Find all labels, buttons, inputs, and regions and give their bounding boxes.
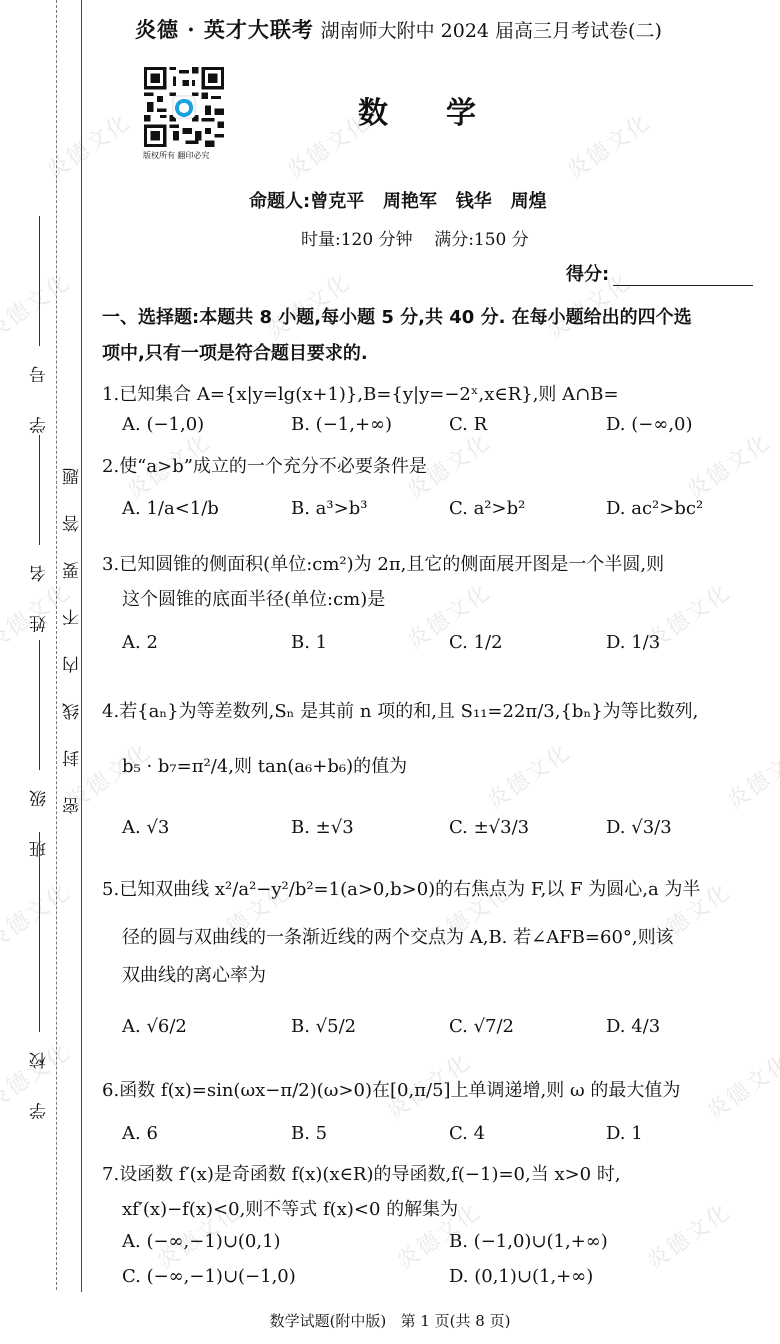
option-b[interactable]: B. (−1,+∞) xyxy=(291,414,392,435)
question-text-cont: xf′(x)−f(x)<0,则不等式 f(x)<0 的解集为 xyxy=(122,1195,458,1221)
question-stem: 6.函数 f(x)=sin(ωx−π/2)(ω>0)在[0,π/5]上单调递增,… xyxy=(102,1076,680,1102)
question-number: 5. xyxy=(102,879,119,900)
option-d[interactable]: D. 4/3 xyxy=(606,1016,660,1037)
copyright-caption: 版权所有 翻印必究 xyxy=(143,150,210,161)
qr-code-icon xyxy=(144,67,224,147)
option-d[interactable]: D. (−∞,0) xyxy=(606,414,693,435)
name-field[interactable]: 姓 名 xyxy=(26,435,52,638)
option-c[interactable]: C. √7/2 xyxy=(449,1016,514,1037)
question-stem: 3.已知圆锥的侧面积(单位:cm²)为 2π,且它的侧面展开图是一个半圆,则 xyxy=(102,550,664,576)
exam-series-title: 炎德 · 英才大联考 湖南师大附中 2024 届高三月考试卷(二) xyxy=(135,14,662,44)
option-c[interactable]: C. 1/2 xyxy=(449,632,503,653)
subject-title: 数学 xyxy=(358,88,534,132)
question-text: 设函数 f′(x)是奇函数 f(x)(x∈R)的导函数,f(−1)=0,当 x>… xyxy=(119,1164,620,1185)
option-a[interactable]: A. 2 xyxy=(122,632,158,653)
watermark: 炎德文化 xyxy=(40,105,136,185)
option-c[interactable]: C. 4 xyxy=(449,1123,485,1144)
option-a[interactable]: A. (−1,0) xyxy=(122,414,204,435)
exam-meta: 时量:120 分钟 满分:150 分 xyxy=(301,225,529,250)
question-number: 7. xyxy=(102,1164,119,1185)
option-d[interactable]: D. √3/3 xyxy=(606,817,672,838)
name-blank[interactable] xyxy=(39,435,40,545)
question-text: 若{aₙ}为等差数列,Sₙ 是其前 n 项的和,且 S₁₁=22π/3,{bₙ}… xyxy=(119,701,698,722)
option-a[interactable]: A. √6/2 xyxy=(122,1016,187,1037)
option-b[interactable]: B. √5/2 xyxy=(291,1016,356,1037)
question-text-cont: b₅ · b₇=π²/4,则 tan(a₆+b₆)的值为 xyxy=(122,752,407,778)
question-number: 6. xyxy=(102,1080,119,1101)
option-b[interactable]: B. ±√3 xyxy=(291,817,354,838)
watermark: 炎德文化 xyxy=(700,1045,780,1125)
question-number: 1. xyxy=(102,384,119,405)
option-d[interactable]: D. 1/3 xyxy=(606,632,660,653)
school-label: 学 校 xyxy=(27,1032,52,1125)
option-d[interactable]: D. 1 xyxy=(606,1123,643,1144)
question-text-cont: 径的圆与双曲线的一条渐近线的两个交点为 A,B. 若∠AFB=60°,则该 xyxy=(122,923,674,949)
option-b[interactable]: B. 1 xyxy=(291,632,327,653)
exam-name: 湖南师大附中 2024 届高三月考试卷(二) xyxy=(321,20,662,42)
watermark: 炎德文化 xyxy=(640,1195,736,1275)
question-stem: 2.使“a>b”成立的一个充分不必要条件是 xyxy=(102,452,427,478)
watermark: 炎德文化 xyxy=(560,105,656,185)
option-a[interactable]: A. 1/a<1/b xyxy=(122,498,219,519)
student-id-blank[interactable] xyxy=(39,216,40,346)
question-text: 已知双曲线 x²/a²−y²/b²=1(a>0,b>0)的右焦点为 F,以 F … xyxy=(119,879,700,900)
option-b[interactable]: B. (−1,0)∪(1,+∞) xyxy=(449,1231,608,1252)
watermark: 炎德文化 xyxy=(720,735,780,815)
school-field[interactable]: 学 校 xyxy=(26,832,52,1125)
watermark: 炎德文化 xyxy=(480,735,576,815)
option-b[interactable]: B. 5 xyxy=(291,1123,327,1144)
name-label: 姓 名 xyxy=(27,545,52,638)
question-text-cont: 这个圆锥的底面半径(单位:cm)是 xyxy=(122,585,385,611)
option-d[interactable]: D. (0,1)∪(1,+∞) xyxy=(449,1266,593,1287)
score-blank[interactable] xyxy=(613,264,753,286)
question-text-cont: 双曲线的离心率为 xyxy=(122,961,266,987)
school-blank[interactable] xyxy=(39,832,40,1032)
question-stem: 1.已知集合 A={x|y=lg(x+1)},B={y|y=−2ˣ,x∈R},则… xyxy=(102,380,619,406)
score-field[interactable]: 得分: xyxy=(566,260,753,286)
question-text: 使“a>b”成立的一个充分不必要条件是 xyxy=(119,456,427,477)
class-field[interactable]: 班 级 xyxy=(26,640,52,863)
option-c[interactable]: C. ±√3/3 xyxy=(449,817,529,838)
class-blank[interactable] xyxy=(39,640,40,770)
seal-dashed-line xyxy=(56,0,57,1290)
option-c[interactable]: C. R xyxy=(449,414,487,435)
section-heading-cont: 项中,只有一项是符合题目要求的. xyxy=(102,333,368,375)
question-number: 3. xyxy=(102,554,119,575)
option-a[interactable]: A. √3 xyxy=(122,817,169,838)
watermark: 炎德文化 xyxy=(680,425,776,505)
option-a[interactable]: A. (−∞,−1)∪(0,1) xyxy=(122,1231,281,1252)
option-c[interactable]: C. a²>b² xyxy=(449,498,525,519)
option-d[interactable]: D. ac²>bc² xyxy=(606,498,703,519)
seal-warning-text: 密封线内不要答题 xyxy=(60,438,85,814)
option-c[interactable]: C. (−∞,−1)∪(−1,0) xyxy=(122,1266,296,1287)
question-stem: 4.若{aₙ}为等差数列,Sₙ 是其前 n 项的和,且 S₁₁=22π/3,{b… xyxy=(102,697,698,723)
question-text: 函数 f(x)=sin(ωx−π/2)(ω>0)在[0,π/5]上单调递增,则 … xyxy=(119,1080,680,1101)
authors-line: 命题人:曾克平 周艳军 钱华 周煌 xyxy=(249,187,547,213)
page-footer: 数学试题(附中版) 第 1 页(共 8 页) xyxy=(0,1310,780,1331)
score-label: 得分: xyxy=(566,260,609,286)
question-number: 4. xyxy=(102,701,119,722)
option-a[interactable]: A. 6 xyxy=(122,1123,158,1144)
student-id-label: 学 号 xyxy=(27,346,52,439)
question-stem: 5.已知双曲线 x²/a²−y²/b²=1(a>0,b>0)的右焦点为 F,以 … xyxy=(102,875,700,901)
brand-name: 炎德 · 英才大联考 xyxy=(135,17,314,42)
option-b[interactable]: B. a³>b³ xyxy=(291,498,367,519)
question-stem: 7.设函数 f′(x)是奇函数 f(x)(x∈R)的导函数,f(−1)=0,当 … xyxy=(102,1160,621,1186)
question-number: 2. xyxy=(102,456,119,477)
question-text: 已知集合 A={x|y=lg(x+1)},B={y|y=−2ˣ,x∈R},则 A… xyxy=(119,384,618,405)
student-id-field[interactable]: 学 号 xyxy=(26,216,52,439)
question-text: 已知圆锥的侧面积(单位:cm²)为 2π,且它的侧面展开图是一个半圆,则 xyxy=(119,554,664,575)
